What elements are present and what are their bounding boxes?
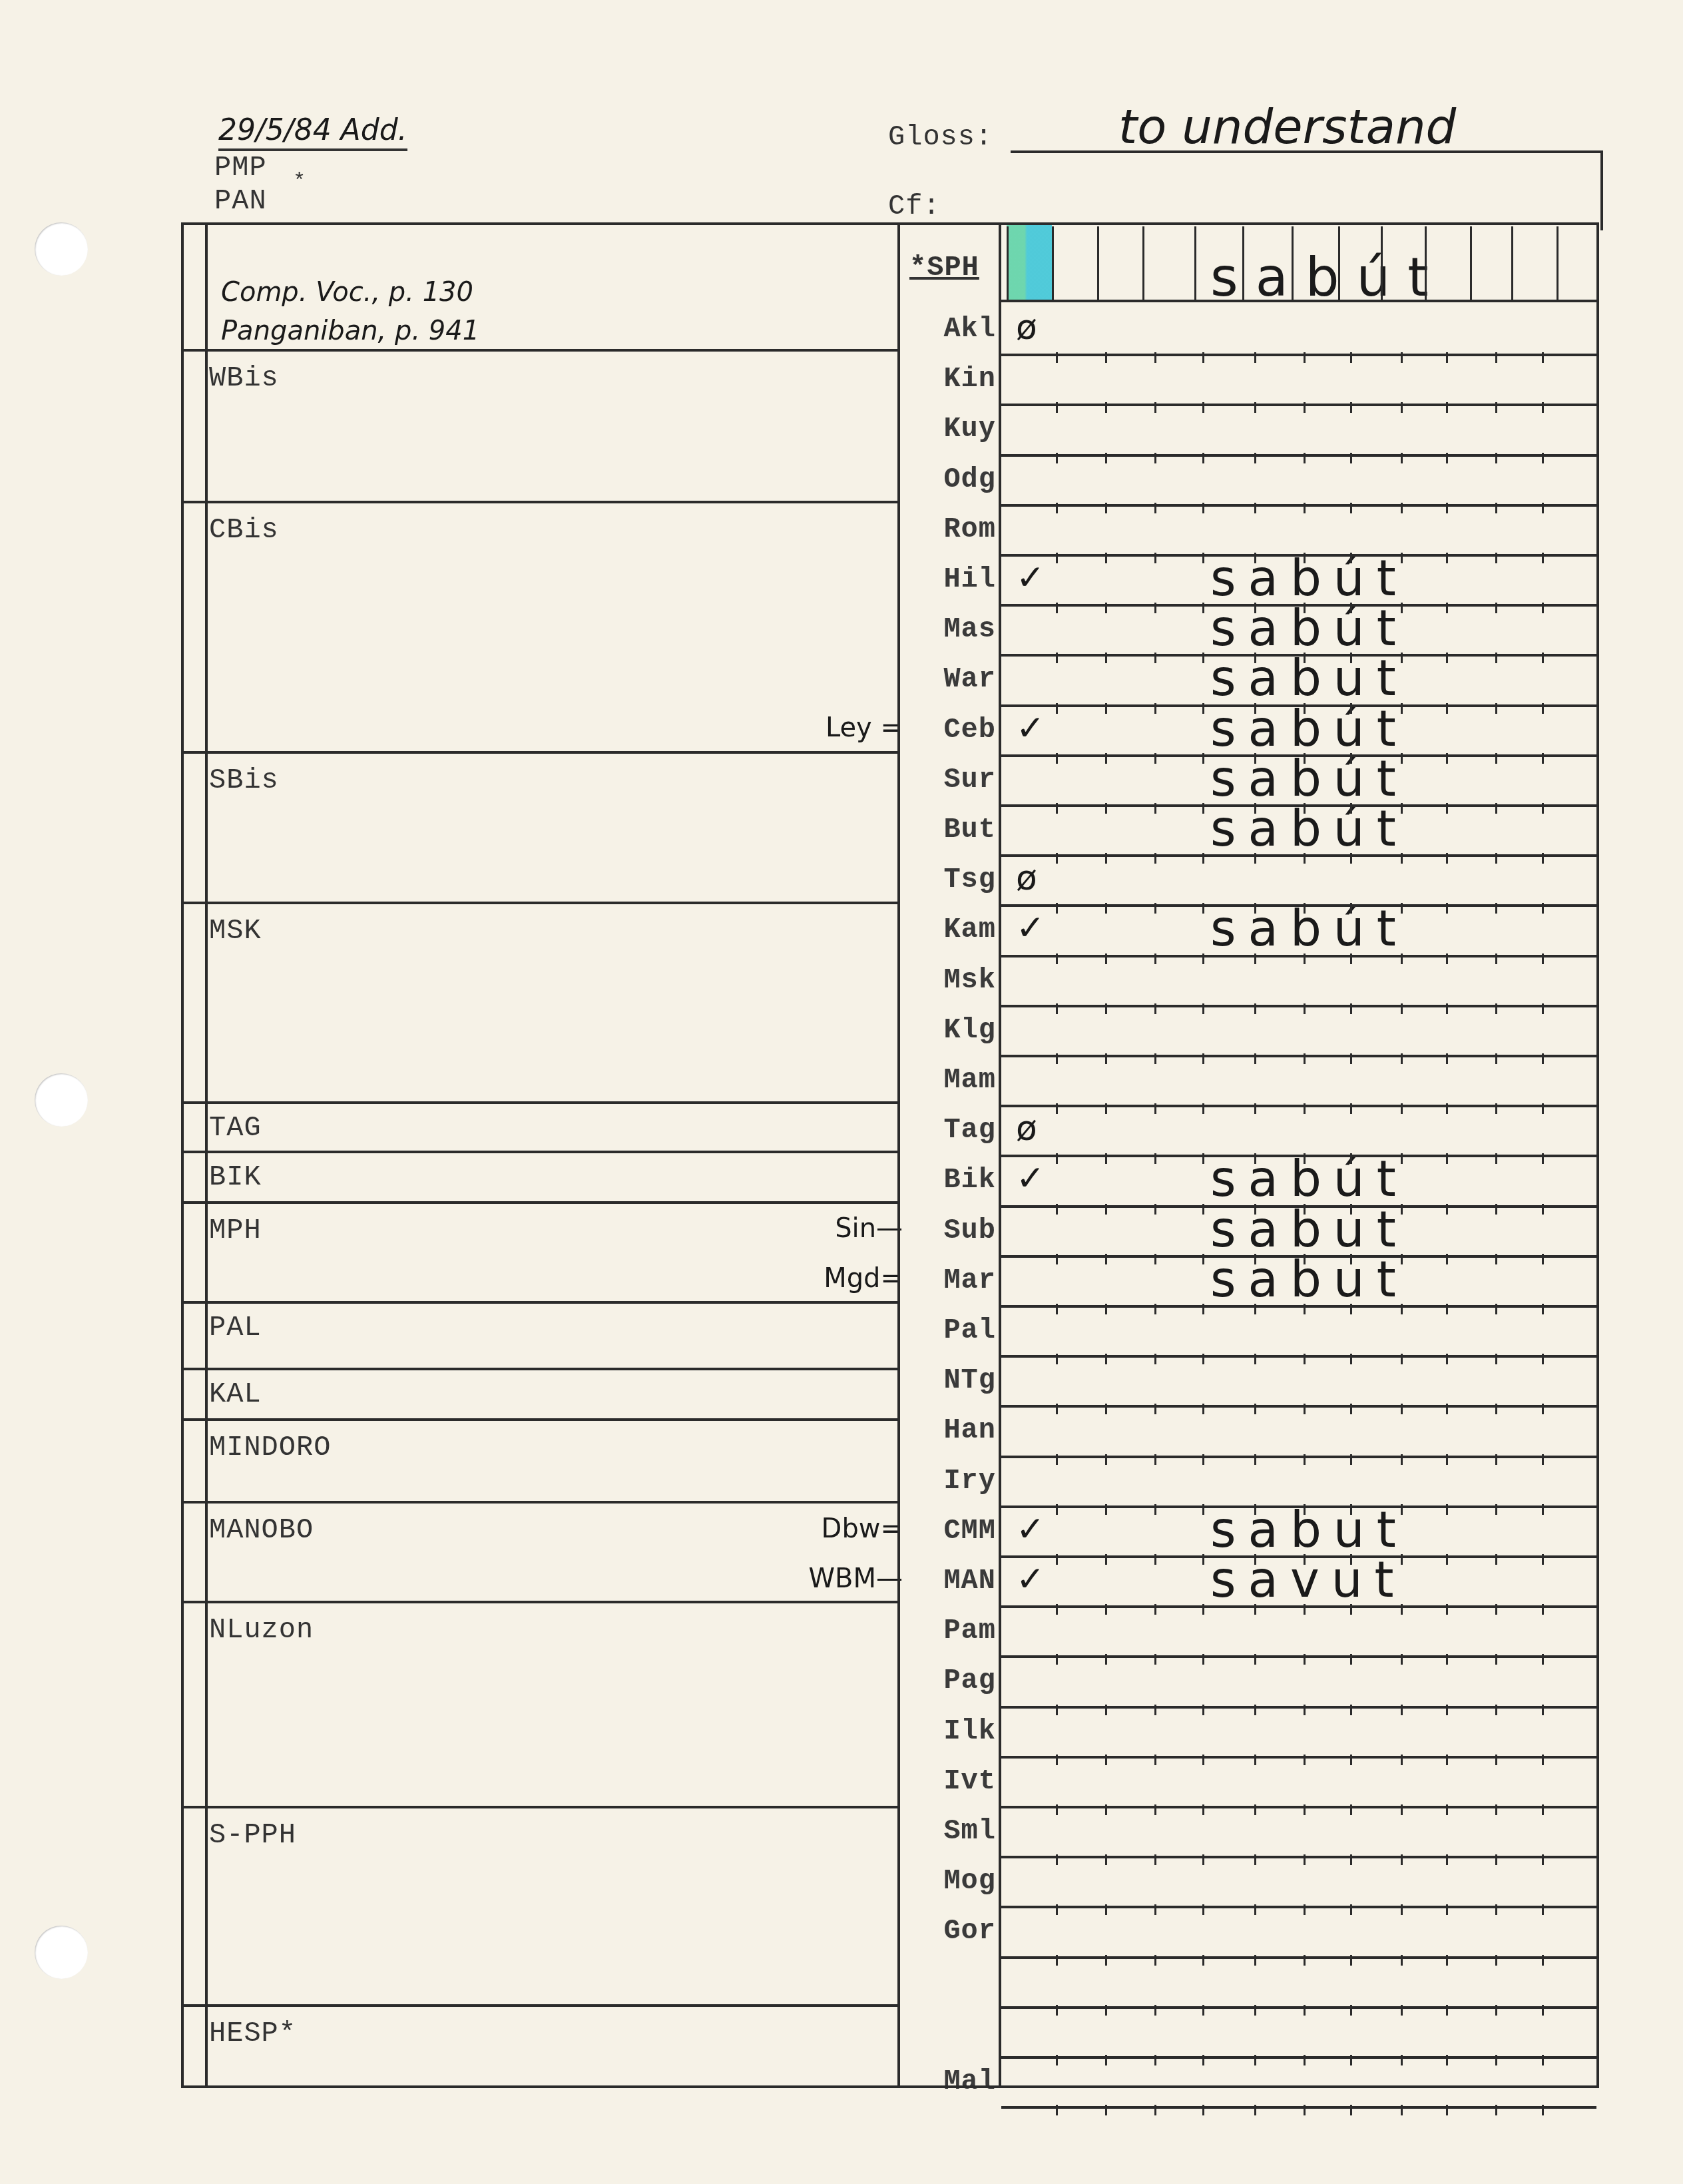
rule-tick <box>1446 954 1448 964</box>
rule-tick <box>1542 1003 1544 1014</box>
rule-tick <box>1056 1254 1058 1264</box>
rule-tick <box>1542 753 1544 764</box>
rule-tick <box>1495 954 1497 964</box>
rule-tick <box>1254 603 1256 613</box>
rule-tick <box>1350 1955 1352 1966</box>
entry-rule-line <box>1001 1555 1596 1558</box>
rule-tick <box>1105 803 1107 814</box>
rule-tick <box>1056 1804 1058 1815</box>
rule-tick <box>1542 1755 1544 1765</box>
rule-tick <box>1254 553 1256 563</box>
rule-tick <box>1401 1003 1403 1014</box>
rule-tick <box>1254 1955 1256 1966</box>
rule-tick <box>1056 1103 1058 1114</box>
rule-tick <box>1056 402 1058 413</box>
rule-tick <box>1401 1955 1403 1966</box>
language-code-mar: Mar <box>905 1264 996 1296</box>
rule-tick <box>1446 503 1448 513</box>
group-separator <box>184 501 899 503</box>
rule-tick <box>1401 402 1403 413</box>
rule-tick <box>1495 553 1497 563</box>
rule-tick <box>1446 1204 1448 1215</box>
rule-tick <box>1202 1103 1204 1114</box>
rule-tick <box>1304 653 1306 663</box>
cognate-form: sabút <box>1210 600 1408 657</box>
rule-tick <box>1304 1654 1306 1665</box>
letter-cell-divider <box>1425 226 1427 300</box>
rule-tick <box>1446 1654 1448 1665</box>
rule-tick <box>1105 1354 1107 1364</box>
entry-rule-line <box>1001 1956 1596 1959</box>
rule-tick <box>1105 1454 1107 1465</box>
entry-rule-line <box>1001 854 1596 857</box>
cognate-form: sabút <box>1210 800 1408 858</box>
entry-rule-line <box>1001 904 1596 907</box>
proto-row-bottom <box>1001 300 1598 302</box>
rule-tick <box>1154 352 1156 363</box>
rule-tick <box>1446 1053 1448 1064</box>
rule-tick <box>1105 2105 1107 2115</box>
entry-rule-line <box>1001 554 1596 557</box>
rule-tick <box>1254 503 1256 513</box>
rule-tick <box>1105 2005 1107 2016</box>
rule-tick <box>1446 853 1448 864</box>
rule-tick <box>1542 503 1544 513</box>
rule-tick <box>1542 703 1544 714</box>
dialect-note: Sin— <box>703 1213 903 1244</box>
rule-tick <box>1304 1804 1306 1815</box>
rule-tick <box>1304 1755 1306 1765</box>
rule-tick <box>1154 503 1156 513</box>
rule-tick <box>1202 402 1204 413</box>
language-code-hil: Hil <box>905 563 996 595</box>
rule-tick <box>1542 1454 1544 1465</box>
rule-tick <box>1542 653 1544 663</box>
rule-tick <box>1105 1654 1107 1665</box>
rule-tick <box>1202 2005 1204 2016</box>
language-code-ivt: Ivt <box>905 1765 996 1797</box>
rule-tick <box>1304 1304 1306 1314</box>
rule-tick <box>1495 1604 1497 1615</box>
rule-tick <box>1056 903 1058 914</box>
entry-rule-line <box>1001 1856 1596 1858</box>
group-separator <box>184 1101 899 1104</box>
rule-tick <box>1154 1755 1156 1765</box>
language-code-mal: Mal <box>905 2065 996 2097</box>
group-label-mindoro: MINDORO <box>209 1432 331 1464</box>
rule-tick <box>1446 903 1448 914</box>
language-code-tsg: Tsg <box>905 864 996 896</box>
entry-rule-line <box>1001 1305 1596 1308</box>
rule-tick <box>1401 1153 1403 1164</box>
check-mark-icon: ✓ <box>1016 908 1045 948</box>
rule-tick <box>1401 753 1403 764</box>
rule-tick <box>1154 1904 1156 1915</box>
rule-tick <box>1154 1354 1156 1364</box>
rule-tick <box>1401 1654 1403 1665</box>
language-code-pag: Pag <box>905 1665 996 1697</box>
cognate-form: sabut <box>1210 1201 1408 1258</box>
rule-tick <box>1401 1705 1403 1715</box>
rule-tick <box>1350 1153 1352 1164</box>
rule-tick <box>1105 503 1107 513</box>
rule-tick <box>1401 803 1403 814</box>
rule-tick <box>1105 1804 1107 1815</box>
language-code-man: MAN <box>905 1565 996 1597</box>
rule-tick <box>1446 1254 1448 1264</box>
rule-tick <box>1254 954 1256 964</box>
rule-tick <box>1202 503 1204 513</box>
rule-tick <box>1304 703 1306 714</box>
rule-tick <box>1056 1003 1058 1014</box>
rule-tick <box>1254 1053 1256 1064</box>
dialect-note: Dbw= <box>703 1513 903 1544</box>
rule-tick <box>1056 954 1058 964</box>
rule-tick <box>1304 1053 1306 1064</box>
rule-tick <box>1254 2005 1256 2016</box>
rule-tick <box>1350 954 1352 964</box>
rule-tick <box>1304 2055 1306 2065</box>
rule-tick <box>1350 1705 1352 1715</box>
rule-tick <box>1401 954 1403 964</box>
rule-tick <box>1154 2055 1156 2065</box>
rule-tick <box>1495 653 1497 663</box>
rule-tick <box>1542 1804 1544 1815</box>
pan-label: PAN <box>214 185 267 217</box>
rule-tick <box>1202 1254 1204 1264</box>
rule-tick <box>1350 402 1352 413</box>
language-code-han: Han <box>905 1414 996 1446</box>
rule-tick <box>1446 603 1448 613</box>
group-separator <box>184 2004 899 2007</box>
rule-tick <box>1105 903 1107 914</box>
rule-tick <box>1446 2055 1448 2065</box>
language-code-mas: Mas <box>905 613 996 645</box>
language-code-akl: Akl <box>905 313 996 345</box>
entry-rule-line <box>1001 1655 1596 1658</box>
group-separator <box>184 1806 899 1808</box>
group-separator <box>184 1501 899 1503</box>
rule-tick <box>1254 1454 1256 1465</box>
rule-tick <box>1105 1504 1107 1515</box>
rule-tick <box>1495 1003 1497 1014</box>
rule-tick <box>1202 1904 1204 1915</box>
rule-tick <box>1495 1755 1497 1765</box>
reference-2: Panganiban, p. 941 <box>221 312 479 350</box>
rule-tick <box>1254 1804 1256 1815</box>
rule-tick <box>1202 1554 1204 1565</box>
entry-rule-line <box>1001 704 1596 707</box>
rule-tick <box>1401 1204 1403 1215</box>
rule-tick <box>1154 703 1156 714</box>
rule-tick <box>1495 1554 1497 1565</box>
group-label-pal: PAL <box>209 1312 262 1344</box>
rule-tick <box>1401 653 1403 663</box>
rule-tick <box>1446 402 1448 413</box>
rule-tick <box>1105 1003 1107 1014</box>
rule-tick <box>1254 1554 1256 1565</box>
letter-cell-divider <box>1292 226 1294 300</box>
rule-tick <box>1350 1304 1352 1314</box>
rule-tick <box>1495 1304 1497 1314</box>
rule-tick <box>1105 753 1107 764</box>
rule-tick <box>1202 1854 1204 1865</box>
rule-tick <box>1056 753 1058 764</box>
rule-tick <box>1105 1304 1107 1314</box>
rule-tick <box>1542 1554 1544 1565</box>
rule-tick <box>1495 1854 1497 1865</box>
rule-tick <box>1542 903 1544 914</box>
frame-right <box>1596 222 1599 2087</box>
check-mark-icon: ✓ <box>1016 1509 1045 1549</box>
gloss-box-right <box>1600 150 1603 230</box>
check-mark-icon: ✓ <box>1016 1159 1045 1199</box>
rule-tick <box>1304 954 1306 964</box>
group-label-nluzon: NLuzon <box>209 1614 314 1646</box>
rule-tick <box>1154 1254 1156 1264</box>
rule-tick <box>1350 352 1352 363</box>
language-code-mam: Mam <box>905 1064 996 1096</box>
entry-rule-line <box>1001 1155 1596 1157</box>
cognate-form: sabut <box>1210 1251 1408 1308</box>
rule-tick <box>1304 2105 1306 2115</box>
rule-tick <box>1401 1103 1403 1114</box>
rule-tick <box>1254 1304 1256 1314</box>
rule-tick <box>1056 2055 1058 2065</box>
group-label-manobo: MANOBO <box>209 1514 314 1546</box>
entry-rule-line <box>1001 1456 1596 1458</box>
rule-tick <box>1401 2005 1403 2016</box>
rule-tick <box>1495 352 1497 363</box>
rule-tick <box>1154 402 1156 413</box>
rule-tick <box>1202 1304 1204 1314</box>
rule-tick <box>1350 1204 1352 1215</box>
language-code-but: But <box>905 814 996 846</box>
rule-tick <box>1254 2055 1256 2065</box>
rule-tick <box>1254 1904 1256 1915</box>
rule-tick <box>1401 1254 1403 1264</box>
group-label-mph: MPH <box>209 1215 262 1246</box>
rule-tick <box>1495 853 1497 864</box>
rule-tick <box>1446 1755 1448 1765</box>
rule-tick <box>1056 1204 1058 1215</box>
rule-tick <box>1105 703 1107 714</box>
rule-tick <box>1401 853 1403 864</box>
rule-tick <box>1401 1755 1403 1765</box>
rule-tick <box>1446 1103 1448 1114</box>
rule-tick <box>1350 1404 1352 1414</box>
rule-tick <box>1542 2055 1544 2065</box>
rule-tick <box>1154 1103 1156 1114</box>
entry-rule-line <box>1001 955 1596 957</box>
language-code-sub: Sub <box>905 1215 996 1246</box>
rule-tick <box>1056 503 1058 513</box>
rule-tick <box>1350 653 1352 663</box>
entry-rule-line <box>1001 1706 1596 1709</box>
rule-tick <box>1154 1604 1156 1615</box>
rule-tick <box>1446 352 1448 363</box>
rule-tick <box>1495 1705 1497 1715</box>
rule-tick <box>1254 853 1256 864</box>
rule-tick <box>1446 553 1448 563</box>
rule-tick <box>1056 1904 1058 1915</box>
rule-tick <box>1401 1454 1403 1465</box>
gloss-underline <box>1011 150 1603 153</box>
rule-tick <box>1304 1003 1306 1014</box>
entry-rule-line <box>1001 404 1596 406</box>
rule-tick <box>1304 1504 1306 1515</box>
rule-tick <box>1105 1854 1107 1865</box>
rule-tick <box>1304 1254 1306 1264</box>
letter-cell-divider <box>1097 226 1099 300</box>
cognate-form: sabút <box>1210 750 1408 808</box>
rule-tick <box>1495 1254 1497 1264</box>
rule-tick <box>1154 1854 1156 1865</box>
rule-tick <box>1495 1504 1497 1515</box>
rule-tick <box>1350 753 1352 764</box>
rule-tick <box>1542 2005 1544 2016</box>
check-mark-icon: ✓ <box>1016 558 1045 598</box>
rule-tick <box>1304 503 1306 513</box>
group-separator <box>184 902 899 904</box>
rule-tick <box>1304 352 1306 363</box>
rule-tick <box>1304 753 1306 764</box>
pmp-star: * <box>293 169 306 194</box>
group-label-tag: TAG <box>209 1112 262 1144</box>
letter-cell-divider <box>1194 226 1196 300</box>
letter-cell-divider <box>1052 226 1054 300</box>
rule-tick <box>1304 1454 1306 1465</box>
entry-rule-line <box>1001 504 1596 507</box>
rule-tick <box>1056 603 1058 613</box>
rule-tick <box>1350 1554 1352 1565</box>
letter-cell-divider <box>1142 226 1144 300</box>
rule-tick <box>1495 2055 1497 2065</box>
rule-tick <box>1495 1804 1497 1815</box>
rule-tick <box>1304 1955 1306 1966</box>
language-code-rom: Rom <box>905 513 996 545</box>
rule-tick <box>1304 1604 1306 1615</box>
language-code-mog: Mog <box>905 1865 996 1897</box>
rule-tick <box>1202 954 1204 964</box>
rule-tick <box>1401 1904 1403 1915</box>
rule-tick <box>1495 903 1497 914</box>
rule-tick <box>1105 1053 1107 1064</box>
entry-rule-line <box>1001 2056 1596 2059</box>
rule-tick <box>1495 1654 1497 1665</box>
rule-tick <box>1350 1454 1352 1465</box>
rule-tick <box>1401 453 1403 463</box>
rule-tick <box>1304 1904 1306 1915</box>
rule-tick <box>1154 603 1156 613</box>
rule-tick <box>1154 853 1156 864</box>
rule-tick <box>1105 453 1107 463</box>
rule-tick <box>1304 453 1306 463</box>
rule-tick <box>1254 402 1256 413</box>
rule-tick <box>1202 753 1204 764</box>
rule-tick <box>1254 1705 1256 1715</box>
check-mark-icon: ✓ <box>1016 708 1045 748</box>
group-label-wbis: WBis <box>209 362 279 394</box>
rule-tick <box>1495 803 1497 814</box>
rule-tick <box>1105 1755 1107 1765</box>
rule-tick <box>1105 402 1107 413</box>
rule-tick <box>1350 1254 1352 1264</box>
rule-tick <box>1056 1454 1058 1465</box>
rule-tick <box>1254 1003 1256 1014</box>
rule-tick <box>1154 1554 1156 1565</box>
rule-tick <box>1254 1254 1256 1264</box>
rule-tick <box>1542 1103 1544 1114</box>
rule-tick <box>1495 1153 1497 1164</box>
rule-tick <box>1202 352 1204 363</box>
rule-tick <box>1495 402 1497 413</box>
rule-tick <box>1254 352 1256 363</box>
entry-rule-line <box>1001 1605 1596 1608</box>
rule-tick <box>1401 1854 1403 1865</box>
rule-tick <box>1202 1654 1204 1665</box>
rule-tick <box>1056 703 1058 714</box>
rule-tick <box>1056 1654 1058 1665</box>
cognate-form: sabút <box>1210 700 1408 758</box>
rule-tick <box>1401 1604 1403 1615</box>
letter-cell-divider <box>1470 226 1472 300</box>
rule-tick <box>1056 1153 1058 1164</box>
rule-tick <box>1446 1404 1448 1414</box>
language-code-pam: Pam <box>905 1615 996 1647</box>
rule-tick <box>1350 703 1352 714</box>
rule-tick <box>1542 954 1544 964</box>
rule-tick <box>1495 503 1497 513</box>
rule-tick <box>1495 753 1497 764</box>
rule-tick <box>1350 553 1352 563</box>
rule-tick <box>1202 1053 1204 1064</box>
rule-tick <box>1254 1604 1256 1615</box>
rule-tick <box>1304 853 1306 864</box>
rule-tick <box>1350 1003 1352 1014</box>
rule-tick <box>1254 1854 1256 1865</box>
letter-cell-divider <box>1381 226 1383 300</box>
rule-tick <box>1446 803 1448 814</box>
rule-tick <box>1446 1955 1448 1966</box>
rule-tick <box>1154 1053 1156 1064</box>
rule-tick <box>1154 1454 1156 1465</box>
rule-tick <box>1401 503 1403 513</box>
rule-tick <box>1542 803 1544 814</box>
rule-tick <box>1304 1204 1306 1215</box>
rule-tick <box>1254 903 1256 914</box>
dialect-note: WBM— <box>703 1563 903 1594</box>
rule-tick <box>1542 853 1544 864</box>
language-code-tag: Tag <box>905 1114 996 1146</box>
frame-bottom <box>181 2085 1599 2088</box>
rule-tick <box>1254 453 1256 463</box>
gloss-label: Gloss: <box>888 121 993 153</box>
cognate-form: sabút <box>1210 1151 1408 1208</box>
rule-tick <box>1304 2005 1306 2016</box>
rule-tick <box>1446 653 1448 663</box>
check-mark-icon: ✓ <box>1016 1559 1045 1599</box>
rule-tick <box>1401 1404 1403 1414</box>
entry-rule-line <box>1001 2006 1596 2009</box>
rule-tick <box>1542 553 1544 563</box>
entry-rule-line <box>1001 1756 1596 1759</box>
group-separator <box>184 1151 899 1153</box>
rule-tick <box>1542 1354 1544 1364</box>
letter-cell-divider <box>1557 226 1559 300</box>
entry-rule-line <box>1001 354 1596 356</box>
rule-tick <box>1542 1404 1544 1414</box>
